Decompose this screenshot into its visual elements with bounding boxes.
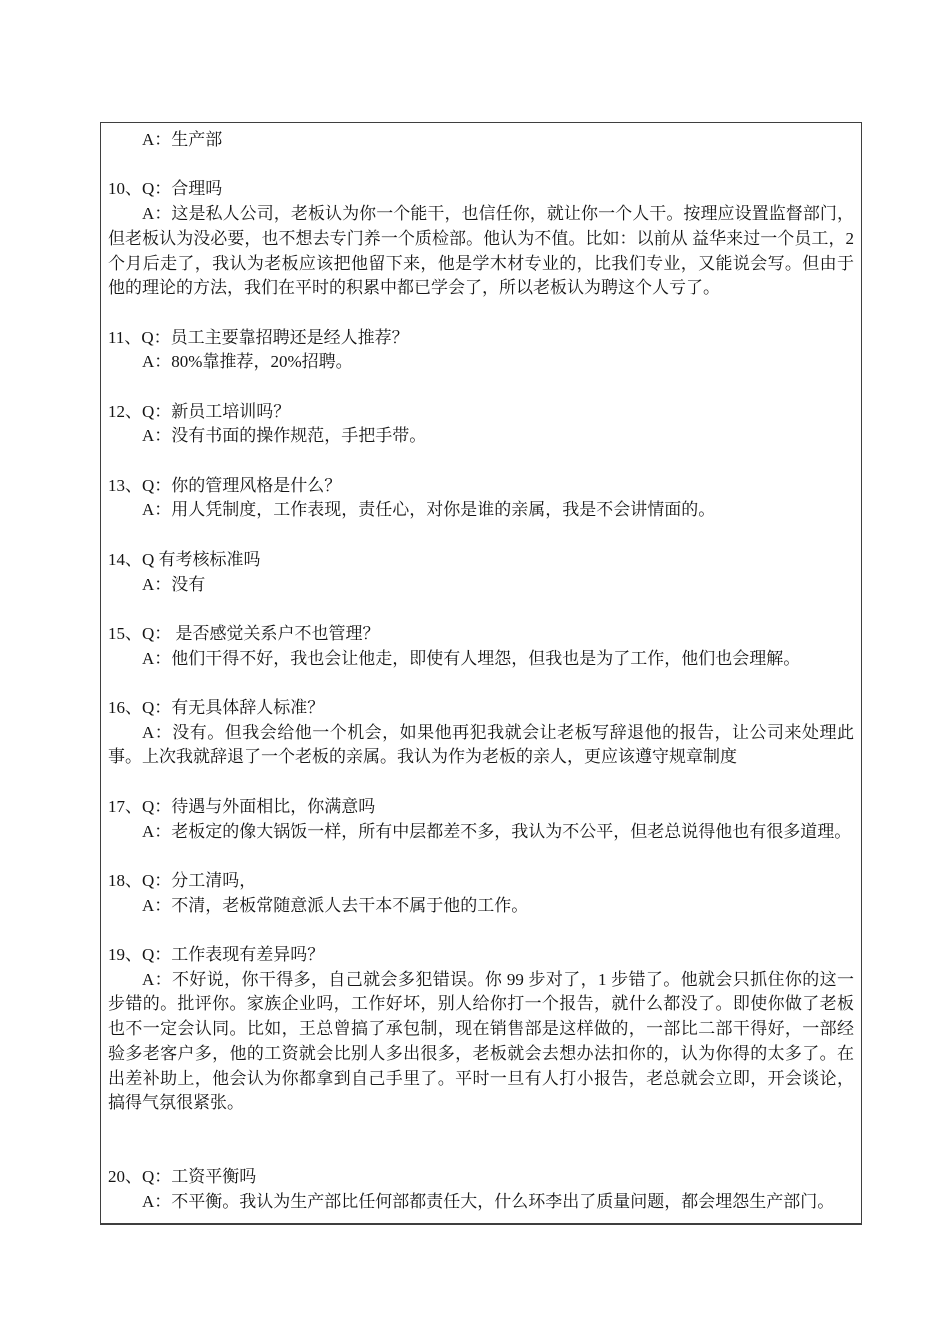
qa-block-10: 10、Q：合理吗 A：这是私人公司，老板认为你一个能干，也信任你，就让你一个人干…: [108, 177, 854, 301]
answer-line: A：不平衡。我认为生产部比任何部都责任大，什么环李出了质量问题，都会埋怨生产部门…: [108, 1190, 854, 1215]
answer-line: A：没有书面的操作规范，手把手带。: [108, 424, 854, 449]
qa-block-14: 14、Q 有考核标准吗 A：没有: [108, 548, 854, 597]
leading-answer-line: A：生产部: [108, 128, 854, 153]
question-line: 10、Q：合理吗: [108, 177, 854, 202]
question-line: 13、Q：你的管理风格是什么？: [108, 474, 854, 499]
question-line: 16、Q：有无具体辞人标准？: [108, 696, 854, 721]
document-page: A：生产部 10、Q：合理吗 A：这是私人公司，老板认为你一个能干，也信任你，就…: [0, 0, 950, 1344]
qa-block-15: 15、Q： 是否感觉关系户不也管理？ A：他们干得不好，我也会让他走，即使有人埋…: [108, 622, 854, 671]
question-line: 19、Q：工作表现有差异吗？: [108, 943, 854, 968]
document-table-cell: A：生产部 10、Q：合理吗 A：这是私人公司，老板认为你一个能干，也信任你，就…: [100, 122, 862, 1225]
question-line: 12、Q：新员工培训吗？: [108, 400, 854, 425]
question-line: 15、Q： 是否感觉关系户不也管理？: [108, 622, 854, 647]
answer-line: A：这是私人公司，老板认为你一个能干，也信任你，就让你一个人干。按理应设置监督部…: [108, 202, 854, 301]
answer-line: A：没有。但我会给他一个机会，如果他再犯我就会让老板写辞退他的报告，让公司来处理…: [108, 721, 854, 770]
qa-block-12: 12、Q：新员工培训吗？ A：没有书面的操作规范，手把手带。: [108, 400, 854, 449]
answer-line: A：不清，老板常随意派人去干本不属于他的工作。: [108, 894, 854, 919]
question-line: 11、Q：员工主要靠招聘还是经人推荐？: [108, 326, 854, 351]
answer-line: A：80%靠推荐，20%招聘。: [108, 350, 854, 375]
qa-block-11: 11、Q：员工主要靠招聘还是经人推荐？ A：80%靠推荐，20%招聘。: [108, 326, 854, 375]
qa-block-13: 13、Q：你的管理风格是什么？ A：用人凭制度，工作表现，责任心，对你是谁的亲属…: [108, 474, 854, 523]
qa-block-16: 16、Q：有无具体辞人标准？ A：没有。但我会给他一个机会，如果他再犯我就会让老…: [108, 696, 854, 770]
answer-line: A：用人凭制度，工作表现，责任心，对你是谁的亲属，我是不会讲情面的。: [108, 498, 854, 523]
qa-block-18: 18、Q：分工清吗， A：不清，老板常随意派人去干本不属于他的工作。: [108, 869, 854, 918]
question-line: 17、Q：待遇与外面相比，你满意吗: [108, 795, 854, 820]
question-line: 14、Q 有考核标准吗: [108, 548, 854, 573]
answer-line: A：不好说，你干得多，自己就会多犯错误。你 99 步对了，1 步错了。他就会只抓…: [108, 968, 854, 1116]
question-line: 20、Q：工资平衡吗: [108, 1165, 854, 1190]
answer-line: A：老板定的像大锅饭一样，所有中层都差不多，我认为不公平，但老总说得他也有很多道…: [108, 820, 854, 845]
answer-line: A：他们干得不好，我也会让他走，即使有人埋怨，但我也是为了工作，他们也会理解。: [108, 647, 854, 672]
qa-block-19: 19、Q：工作表现有差异吗？ A：不好说，你干得多，自己就会多犯错误。你 99 …: [108, 943, 854, 1116]
qa-block-17: 17、Q：待遇与外面相比，你满意吗 A：老板定的像大锅饭一样，所有中层都差不多，…: [108, 795, 854, 844]
question-line: 18、Q：分工清吗，: [108, 869, 854, 894]
qa-block-20: 20、Q：工资平衡吗 A：不平衡。我认为生产部比任何部都责任大，什么环李出了质量…: [108, 1165, 854, 1214]
answer-line: A：没有: [108, 573, 854, 598]
